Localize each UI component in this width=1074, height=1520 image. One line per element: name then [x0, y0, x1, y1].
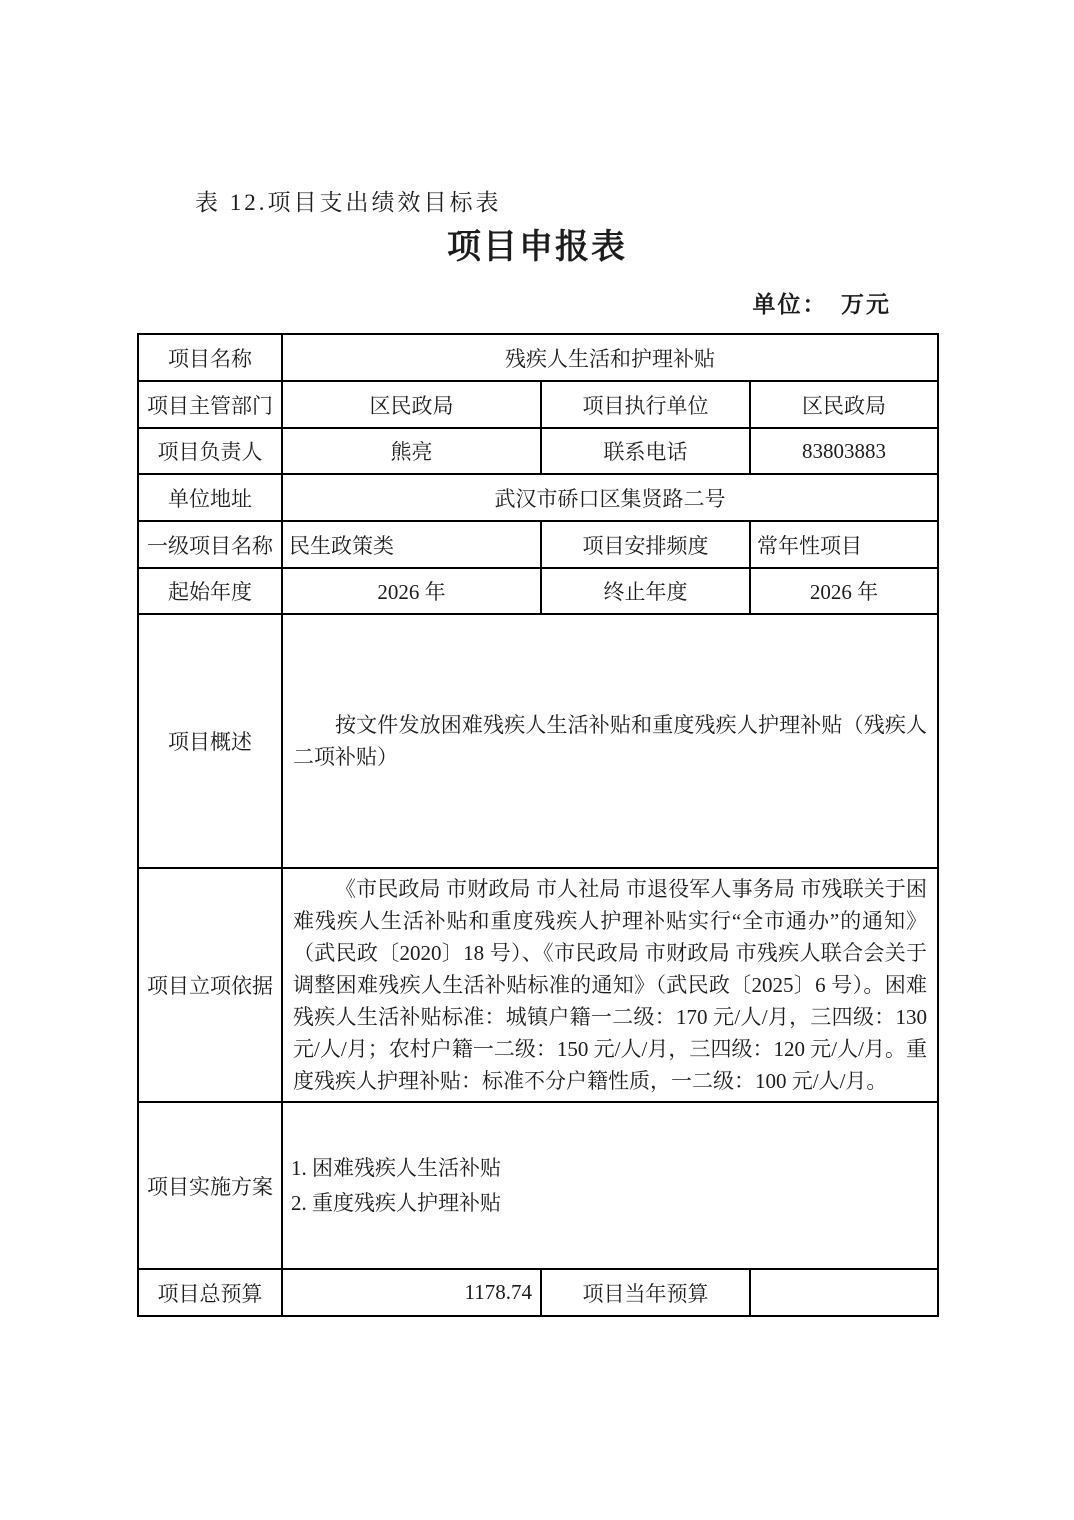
year-budget-value: [750, 1269, 938, 1316]
overview-label: 项目概述: [138, 614, 282, 868]
row-level1: 一级项目名称 民生政策类 项目安排频度 常年性项目: [138, 521, 938, 568]
document-content: 表 12.项目支出绩效目标表 项目申报表 单位： 万元 项目名称 残疾人生活和护…: [137, 0, 937, 1317]
leader-label: 项目负责人: [138, 428, 282, 474]
end-year-value: 2026 年: [750, 568, 938, 614]
table-caption: 表 12.项目支出绩效目标表: [195, 188, 937, 218]
phone-label: 联系电话: [541, 428, 750, 474]
overview-value: 按文件发放困难残疾人生活补贴和重度残疾人护理补贴（残疾人二项补贴）: [282, 614, 938, 868]
plan-value: 1. 困难残疾人生活补贴 2. 重度残疾人护理补贴: [282, 1102, 938, 1269]
row-dept: 项目主管部门 区民政局 项目执行单位 区民政局: [138, 381, 938, 428]
plan-label: 项目实施方案: [138, 1102, 282, 1269]
plan-item-1: 1. 困难残疾人生活补贴: [291, 1151, 931, 1186]
project-name-label: 项目名称: [138, 334, 282, 381]
year-budget-label: 项目当年预算: [541, 1269, 750, 1316]
row-budget: 项目总预算 1178.74 项目当年预算: [138, 1269, 938, 1316]
total-budget-value: 1178.74: [282, 1269, 541, 1316]
unit-label: 单位： 万元: [137, 290, 937, 320]
phone-value: 83803883: [750, 428, 938, 474]
start-year-value: 2026 年: [282, 568, 541, 614]
frequency-value: 常年性项目: [750, 521, 938, 568]
document-page: 表 12.项目支出绩效目标表 项目申报表 单位： 万元 项目名称 残疾人生活和护…: [0, 0, 1074, 1520]
row-years: 起始年度 2026 年 终止年度 2026 年: [138, 568, 938, 614]
start-year-label: 起始年度: [138, 568, 282, 614]
end-year-label: 终止年度: [541, 568, 750, 614]
level1-name-label: 一级项目名称: [138, 521, 282, 568]
plan-item-2: 2. 重度残疾人护理补贴: [291, 1186, 931, 1221]
page-title: 项目申报表: [137, 226, 937, 270]
application-form-table: 项目名称 残疾人生活和护理补贴 项目主管部门 区民政局 项目执行单位 区民政局 …: [137, 333, 939, 1317]
row-overview: 项目概述 按文件发放困难残疾人生活补贴和重度残疾人护理补贴（残疾人二项补贴）: [138, 614, 938, 868]
row-project-name: 项目名称 残疾人生活和护理补贴: [138, 334, 938, 381]
total-budget-label: 项目总预算: [138, 1269, 282, 1316]
address-value: 武汉市硚口区集贤路二号: [282, 474, 938, 521]
frequency-label: 项目安排频度: [541, 521, 750, 568]
row-address: 单位地址 武汉市硚口区集贤路二号: [138, 474, 938, 521]
row-leader: 项目负责人 熊亮 联系电话 83803883: [138, 428, 938, 474]
address-label: 单位地址: [138, 474, 282, 521]
project-name-value: 残疾人生活和护理补贴: [282, 334, 938, 381]
exec-unit-label: 项目执行单位: [541, 381, 750, 428]
exec-unit-value: 区民政局: [750, 381, 938, 428]
dept-value: 区民政局: [282, 381, 541, 428]
leader-value: 熊亮: [282, 428, 541, 474]
basis-label: 项目立项依据: [138, 868, 282, 1102]
level1-name-value: 民生政策类: [282, 521, 541, 568]
row-basis: 项目立项依据 《市民政局 市财政局 市人社局 市退役军人事务局 市残联关于困难残…: [138, 868, 938, 1102]
basis-value: 《市民政局 市财政局 市人社局 市退役军人事务局 市残联关于困难残疾人生活补贴和…: [282, 868, 938, 1102]
row-plan: 项目实施方案 1. 困难残疾人生活补贴 2. 重度残疾人护理补贴: [138, 1102, 938, 1269]
dept-label: 项目主管部门: [138, 381, 282, 428]
